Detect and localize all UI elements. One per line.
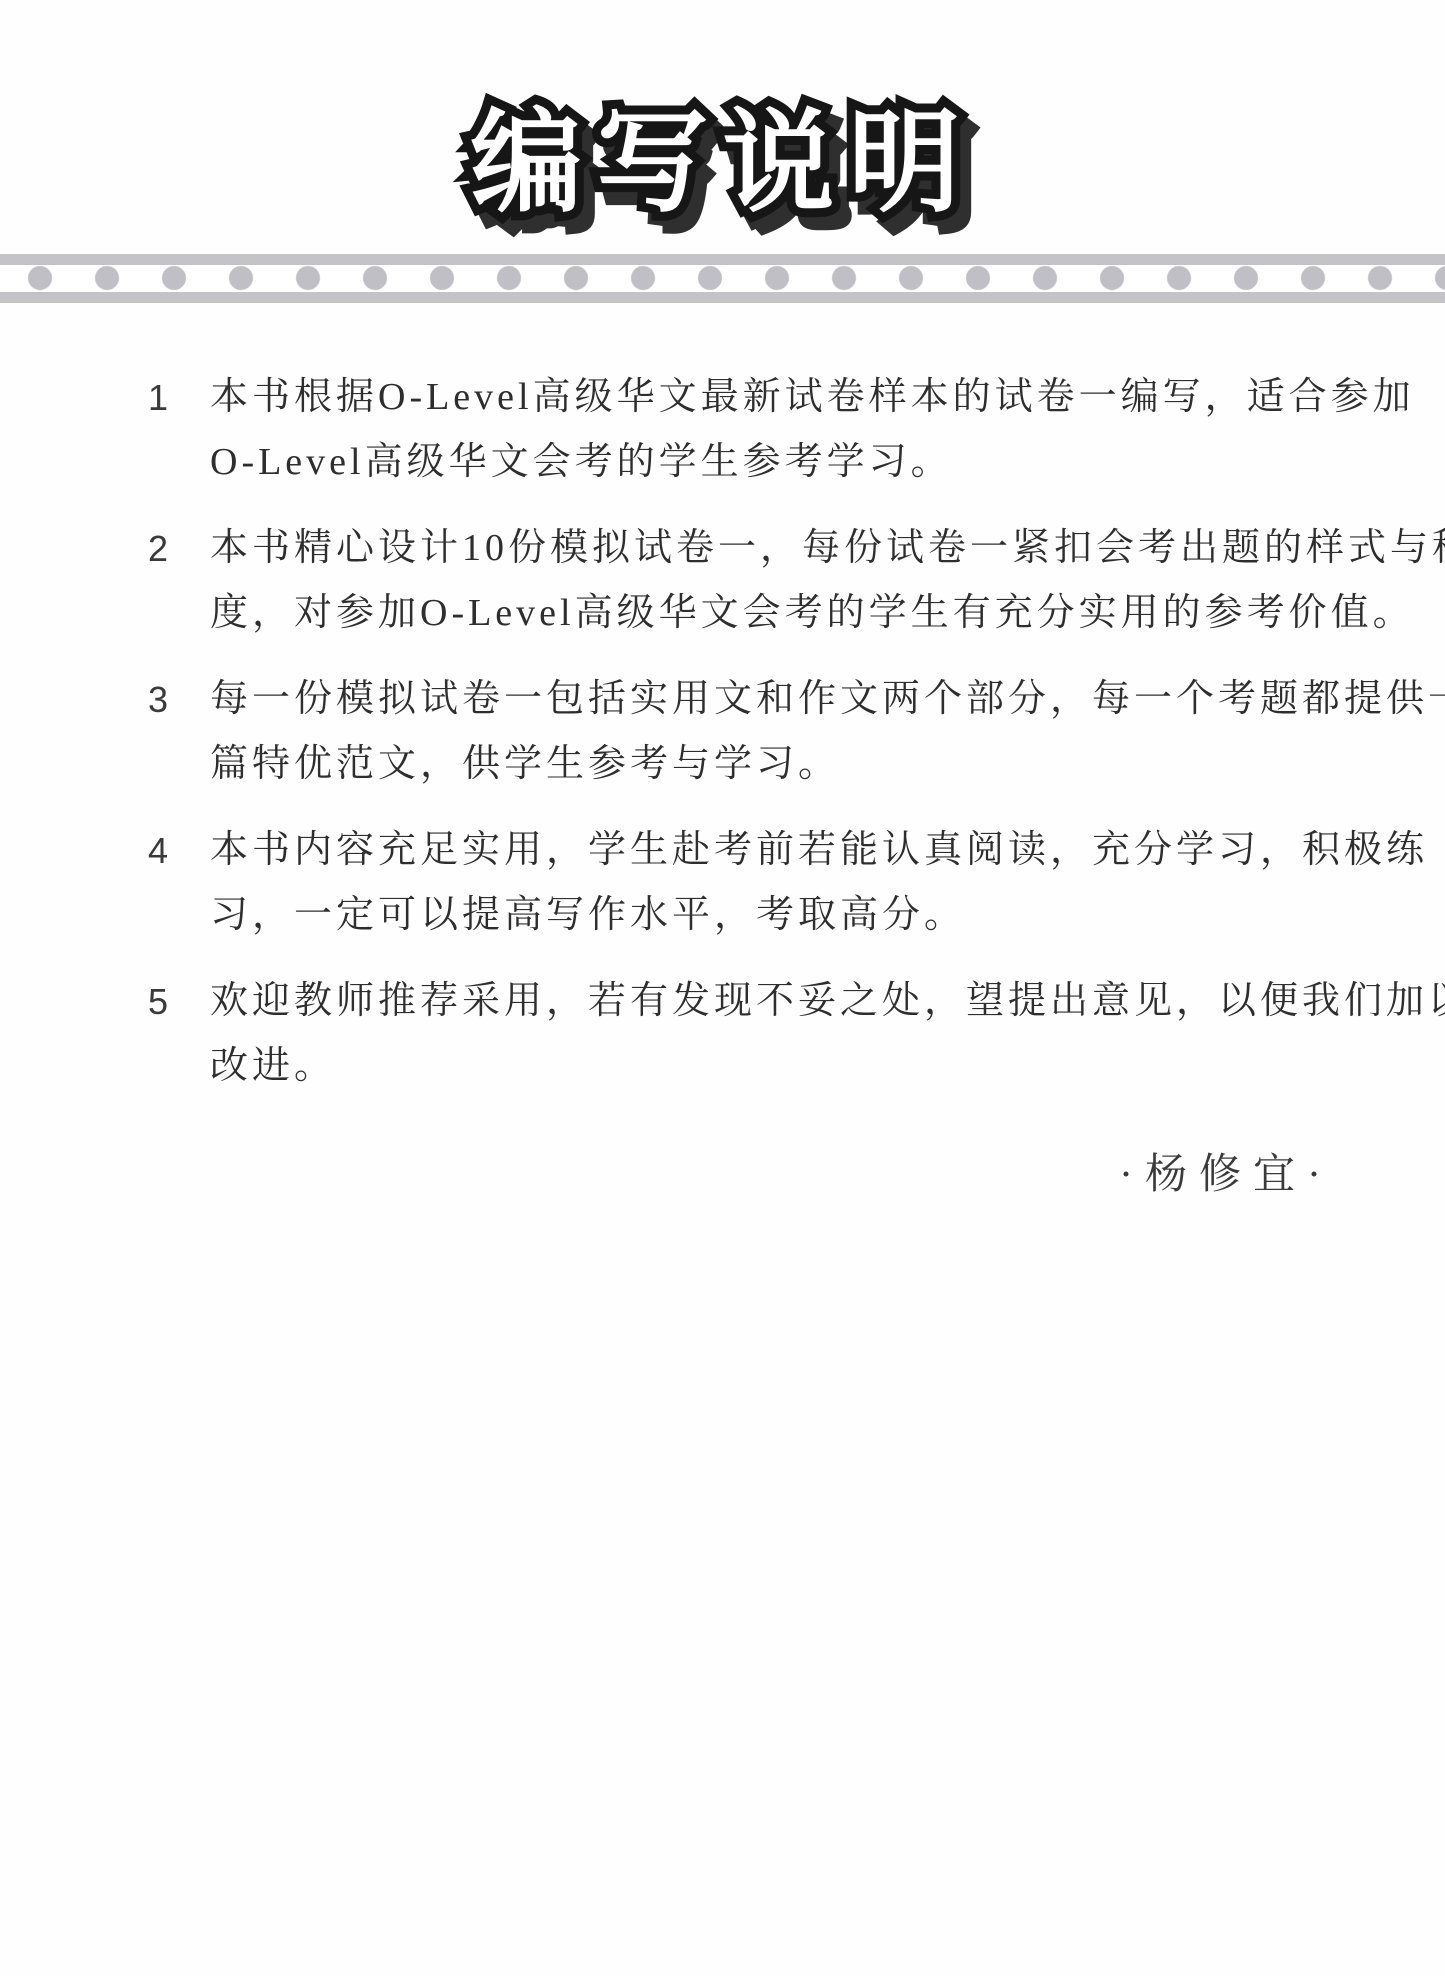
filmstrip-bottom-bar — [0, 292, 1445, 303]
list-item-4: 4 本书内容充足实用，学生赴考前若能认真阅读，充分学习，积极练 习，一定可以提高… — [148, 818, 1295, 948]
page-title: 编写说明 编写说明 编写说明 — [471, 88, 975, 238]
instruction-list: 1 本书根据O-Level高级华文最新试卷样本的试卷一编写，适合参加 O-Lev… — [0, 365, 1445, 1099]
list-item-1: 1 本书根据O-Level高级华文最新试卷样本的试卷一编写，适合参加 O-Lev… — [148, 365, 1295, 495]
item-text-line: O-Level高级华文会考的学生参考学习。 — [210, 430, 1295, 495]
item-text: 本书内容充足实用，学生赴考前若能认真阅读，充分学习，积极练 习，一定可以提高写作… — [210, 818, 1295, 948]
item-number: 1 — [148, 365, 210, 430]
page-title-row: 编写说明 编写说明 编写说明 — [0, 88, 1445, 250]
item-text-line: 本书精心设计10份模拟试卷一，每份试卷一紧扣会考出题的样式与程 — [210, 516, 1295, 581]
filmstrip-holes — [0, 265, 1445, 292]
item-number: 4 — [148, 818, 210, 883]
item-text-line: 习，一定可以提高写作水平，考取高分。 — [210, 883, 1295, 948]
filmstrip-divider — [0, 254, 1445, 303]
item-text-line: 欢迎教师推荐采用，若有发现不妥之处，望提出意见，以便我们加以 — [210, 969, 1295, 1034]
item-text: 每一份模拟试卷一包括实用文和作文两个部分，每一个考题都提供一 篇特优范文，供学生… — [210, 667, 1295, 797]
list-item-5: 5 欢迎教师推荐采用，若有发现不妥之处，望提出意见，以便我们加以 改进。 — [148, 969, 1295, 1099]
item-text: 欢迎教师推荐采用，若有发现不妥之处，望提出意见，以便我们加以 改进。 — [210, 969, 1295, 1099]
item-number: 3 — [148, 667, 210, 732]
filmstrip-top-bar — [0, 254, 1445, 265]
item-text-line: 本书内容充足实用，学生赴考前若能认真阅读，充分学习，积极练 — [210, 818, 1295, 883]
item-text: 本书根据O-Level高级华文最新试卷样本的试卷一编写，适合参加 O-Level… — [210, 365, 1295, 495]
signature-row: ·杨修宜· — [0, 1141, 1445, 1201]
page-title-fill-layer: 编写说明 — [471, 98, 975, 228]
item-text-line: 每一份模拟试卷一包括实用文和作文两个部分，每一个考题都提供一 — [210, 667, 1295, 732]
item-text-line: 本书根据O-Level高级华文最新试卷样本的试卷一编写，适合参加 — [210, 365, 1295, 430]
list-item-2: 2 本书精心设计10份模拟试卷一，每份试卷一紧扣会考出题的样式与程 度，对参加O… — [148, 516, 1295, 646]
list-item-3: 3 每一份模拟试卷一包括实用文和作文两个部分，每一个考题都提供一 篇特优范文，供… — [148, 667, 1295, 797]
item-text: 本书精心设计10份模拟试卷一，每份试卷一紧扣会考出题的样式与程 度，对参加O-L… — [210, 516, 1295, 646]
item-text-line: 改进。 — [210, 1034, 1295, 1099]
item-text-line: 篇特优范文，供学生参考与学习。 — [210, 732, 1295, 797]
item-number: 2 — [148, 516, 210, 581]
item-text-line: 度，对参加O-Level高级华文会考的学生有充分实用的参考价值。 — [210, 581, 1295, 646]
item-number: 5 — [148, 969, 210, 1034]
book-preface-page: 编写说明 编写说明 编写说明 1 本书根据O-Level高级华文最新试卷样本的试… — [0, 0, 1445, 1976]
author-signature: ·杨修宜· — [1119, 1152, 1333, 1198]
